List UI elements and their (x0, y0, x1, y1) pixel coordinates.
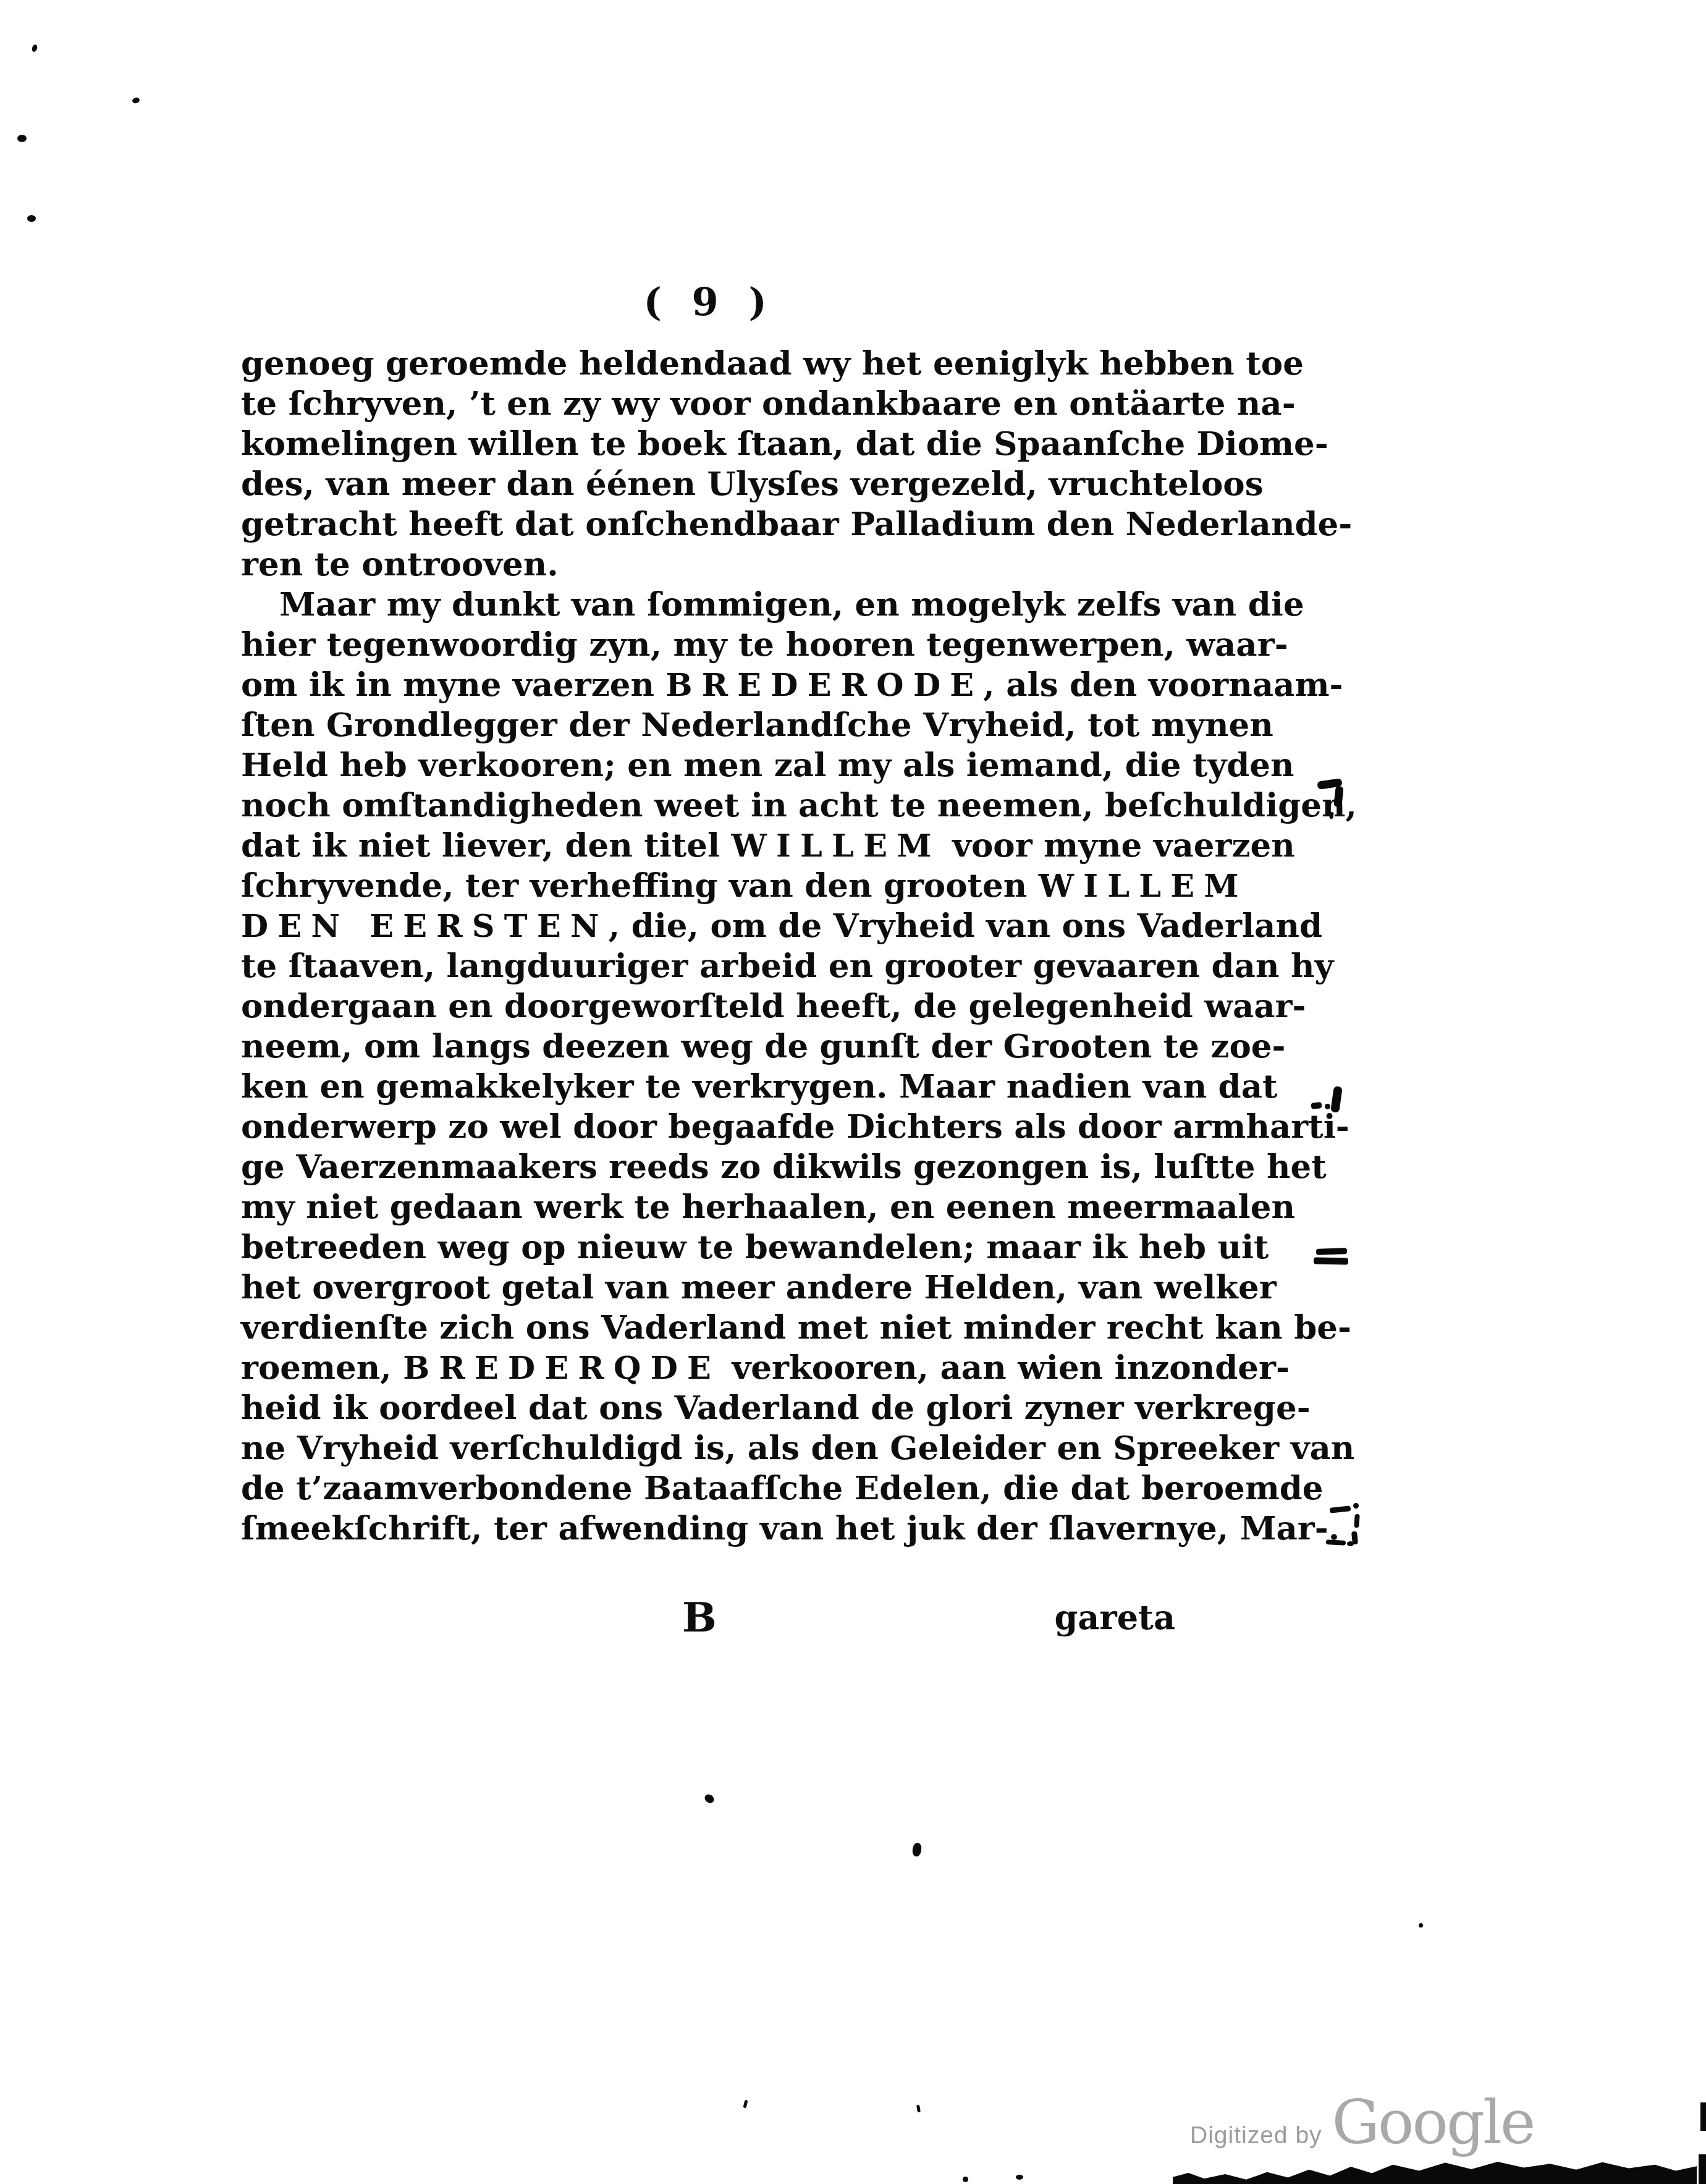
text-segment: om ik in myne vaerzen (241, 666, 665, 704)
ink-speck (912, 1842, 923, 1857)
catchword: gareta (1055, 1589, 1176, 1645)
emphasized-name: WILLEM (1039, 867, 1248, 904)
text-segment: ne Vryheid verſchuldigd is, als den Gele… (241, 1429, 1354, 1467)
text-segment: ren te ontrooven. (241, 545, 559, 583)
text-line: ſchryvende, ter verheffing van den groot… (241, 866, 1178, 906)
text-segment: ſmeekſchrift, ter afwending van het juk … (241, 1509, 1340, 1547)
emphasized-name: BREDERQDE (403, 1349, 720, 1386)
text-segment: getracht heeft dat onſchendbaar Palladiu… (241, 505, 1352, 543)
text-segment: my niet gedaan werk te herhaalen, en een… (241, 1188, 1295, 1226)
text-segment: neem, om langs deezen weg de gunſt der G… (241, 1027, 1286, 1065)
ink-speck (916, 2105, 921, 2113)
ink-smudge (1354, 1514, 1360, 1528)
ink-speck (17, 135, 27, 142)
ink-smudge (1311, 1102, 1322, 1109)
text-segment: ſten Grondlegger der Nederlandſche Vryhe… (241, 706, 1273, 744)
text-segment: ken en gemakkelyker te verkrygen. Maar n… (241, 1067, 1278, 1106)
text-segment: ge Vaerzenmaakers reeds zo dikwils gezon… (241, 1148, 1327, 1186)
ink-speck (1419, 1923, 1423, 1928)
text-segment: ondergaan en doorgeworſteld heeft, de ge… (241, 987, 1306, 1025)
ink-speck (963, 2177, 968, 2182)
text-segment: verdienſte zich ons Vaderland met niet m… (241, 1308, 1351, 1347)
ink-smudge (1326, 1539, 1346, 1546)
text-line: om ik in myne vaerzen BREDERODE, als den… (241, 665, 1178, 705)
book-page-scan: ( 9 ) genoeg geroemde heldendaad wy het … (0, 0, 1706, 2184)
text-segment: voor myne vaerzen (941, 826, 1295, 865)
text-segment: onderwerp zo wel door begaafde Dichters … (241, 1107, 1349, 1146)
ink-speck (703, 1793, 716, 1805)
text-line: ondergaan en doorgeworſteld heeft, de ge… (241, 986, 1178, 1026)
ink-speck (1325, 1104, 1330, 1109)
text-line: de t’zaamverbondene Bataafſche Edelen, d… (241, 1468, 1178, 1509)
ink-speck (132, 97, 140, 104)
text-segment: hier tegenwoordig zyn, my te hooren tege… (241, 625, 1288, 664)
text-line: roemen, BREDERQDE verkooren, aan wien in… (241, 1348, 1178, 1388)
text-line: het overgroot getal van meer andere Held… (241, 1268, 1178, 1308)
text-line: te ſtaaven, langduuriger arbeid en groot… (241, 946, 1178, 986)
text-line: ſmeekſchrift, ter afwending van het juk … (241, 1509, 1178, 1549)
text-line: betreeden weg op nieuw te bewandelen; ma… (241, 1227, 1178, 1268)
ink-speck (1353, 1503, 1359, 1509)
text-segment: genoeg geroemde heldendaad wy het eenigl… (241, 344, 1304, 383)
text-segment: Maar my dunkt van ſommigen, en mogelyk z… (279, 585, 1304, 624)
text-line: Maar my dunkt van ſommigen, en mogelyk z… (241, 585, 1178, 625)
text-segment: verkooren, aan wien inzonder- (720, 1348, 1290, 1387)
text-line: ken en gemakkelyker te verkrygen. Maar n… (241, 1067, 1178, 1107)
text-line: te ſchryven, ’t en zy wy voor ondankbaar… (241, 384, 1178, 424)
text-segment: het overgroot getal van meer andere Held… (241, 1268, 1277, 1306)
emphasized-name: WILLEM (732, 827, 941, 864)
text-line: des, van meer dan éénen Ulysſes vergezel… (241, 464, 1178, 504)
text-line: dat ik niet liever, den titel WILLEM voo… (241, 826, 1178, 866)
text-line: verdienſte zich ons Vaderland met niet m… (241, 1308, 1178, 1348)
signature-mark: B (682, 1589, 717, 1645)
text-segment: , die, om de Vryheid van ons Vaderland (609, 907, 1322, 945)
text-line: ge Vaerzenmaakers reeds zo dikwils gezon… (241, 1147, 1178, 1187)
text-segment: noch omſtandigheden weet in acht te neem… (241, 786, 1357, 824)
text-segment: betreeden weg op nieuw te bewandelen; ma… (241, 1228, 1269, 1266)
text-segment: , als den voornaam- (983, 666, 1343, 704)
text-line: DEN EERSTEN, die, om de Vryheid van ons … (241, 906, 1178, 946)
google-logo: Google (1332, 2088, 1534, 2157)
google-watermark: Digitized by Google (1190, 2088, 1534, 2157)
ink-speck (31, 44, 38, 53)
emphasized-name: DEN EERSTEN (241, 907, 609, 944)
text-segment: de t’zaamverbondene Bataafſche Edelen, d… (241, 1469, 1324, 1507)
ink-smudge (1330, 1505, 1351, 1513)
text-line: Held heb verkooren; en men zal my als ie… (241, 745, 1178, 785)
ink-speck (1016, 2175, 1023, 2180)
ink-speck (27, 215, 36, 222)
text-segment: te ſchryven, ’t en zy wy voor ondankbaar… (241, 384, 1296, 423)
text-line: my niet gedaan werk te herhaalen, en een… (241, 1187, 1178, 1227)
text-segment: dat ik niet liever, den titel (241, 826, 732, 865)
text-line: ne Vryheid verſchuldigd is, als den Gele… (241, 1428, 1178, 1468)
text-line: genoeg geroemde heldendaad wy het eenigl… (241, 344, 1178, 384)
text-line: ren te ontrooven. (241, 544, 1178, 585)
text-segment: heid ik oordeel dat ons Vaderland de glo… (241, 1389, 1311, 1427)
text-line: komelingen willen te boek ſtaan, dat die… (241, 424, 1178, 464)
watermark-prefix-label: Digitized by (1190, 2122, 1322, 2149)
text-segment: ſchryvende, ter verheffing van den groot… (241, 866, 1039, 905)
text-line: ſten Grondlegger der Nederlandſche Vryhe… (241, 705, 1178, 745)
scan-edge-mark (1699, 2154, 1706, 2184)
text-line: getracht heeft dat onſchendbaar Palladiu… (241, 504, 1178, 544)
ink-speck (743, 2100, 748, 2109)
ink-smudge (1314, 1258, 1348, 1265)
scan-edge-mark (1700, 2102, 1706, 2131)
text-line: hier tegenwoordig zyn, my te hooren tege… (241, 625, 1178, 665)
text-line: onderwerp zo wel door begaafde Dichters … (241, 1107, 1178, 1147)
ink-blot-bottom (1173, 2159, 1697, 2184)
page-number: ( 9 ) (241, 279, 1178, 324)
text-block: genoeg geroemde heldendaad wy het eenigl… (241, 344, 1178, 1549)
text-segment: roemen, (241, 1348, 403, 1387)
ink-speck (1347, 1541, 1354, 1546)
text-line: noch omſtandigheden weet in acht te neem… (241, 785, 1178, 826)
text-line: heid ik oordeel dat ons Vaderland de glo… (241, 1388, 1178, 1428)
ink-smudge (1316, 1248, 1347, 1255)
text-segment: des, van meer dan éénen Ulysſes vergezel… (241, 465, 1263, 503)
text-line: neem, om langs deezen weg de gunſt der G… (241, 1026, 1178, 1067)
text-segment: Held heb verkooren; en men zal my als ie… (241, 746, 1294, 784)
text-segment: komelingen willen te boek ſtaan, dat die… (241, 425, 1328, 463)
text-segment: te ſtaaven, langduuriger arbeid en groot… (241, 947, 1333, 985)
emphasized-name: BREDERODE (665, 666, 983, 703)
signature-row: B gareta (241, 1589, 1178, 1645)
